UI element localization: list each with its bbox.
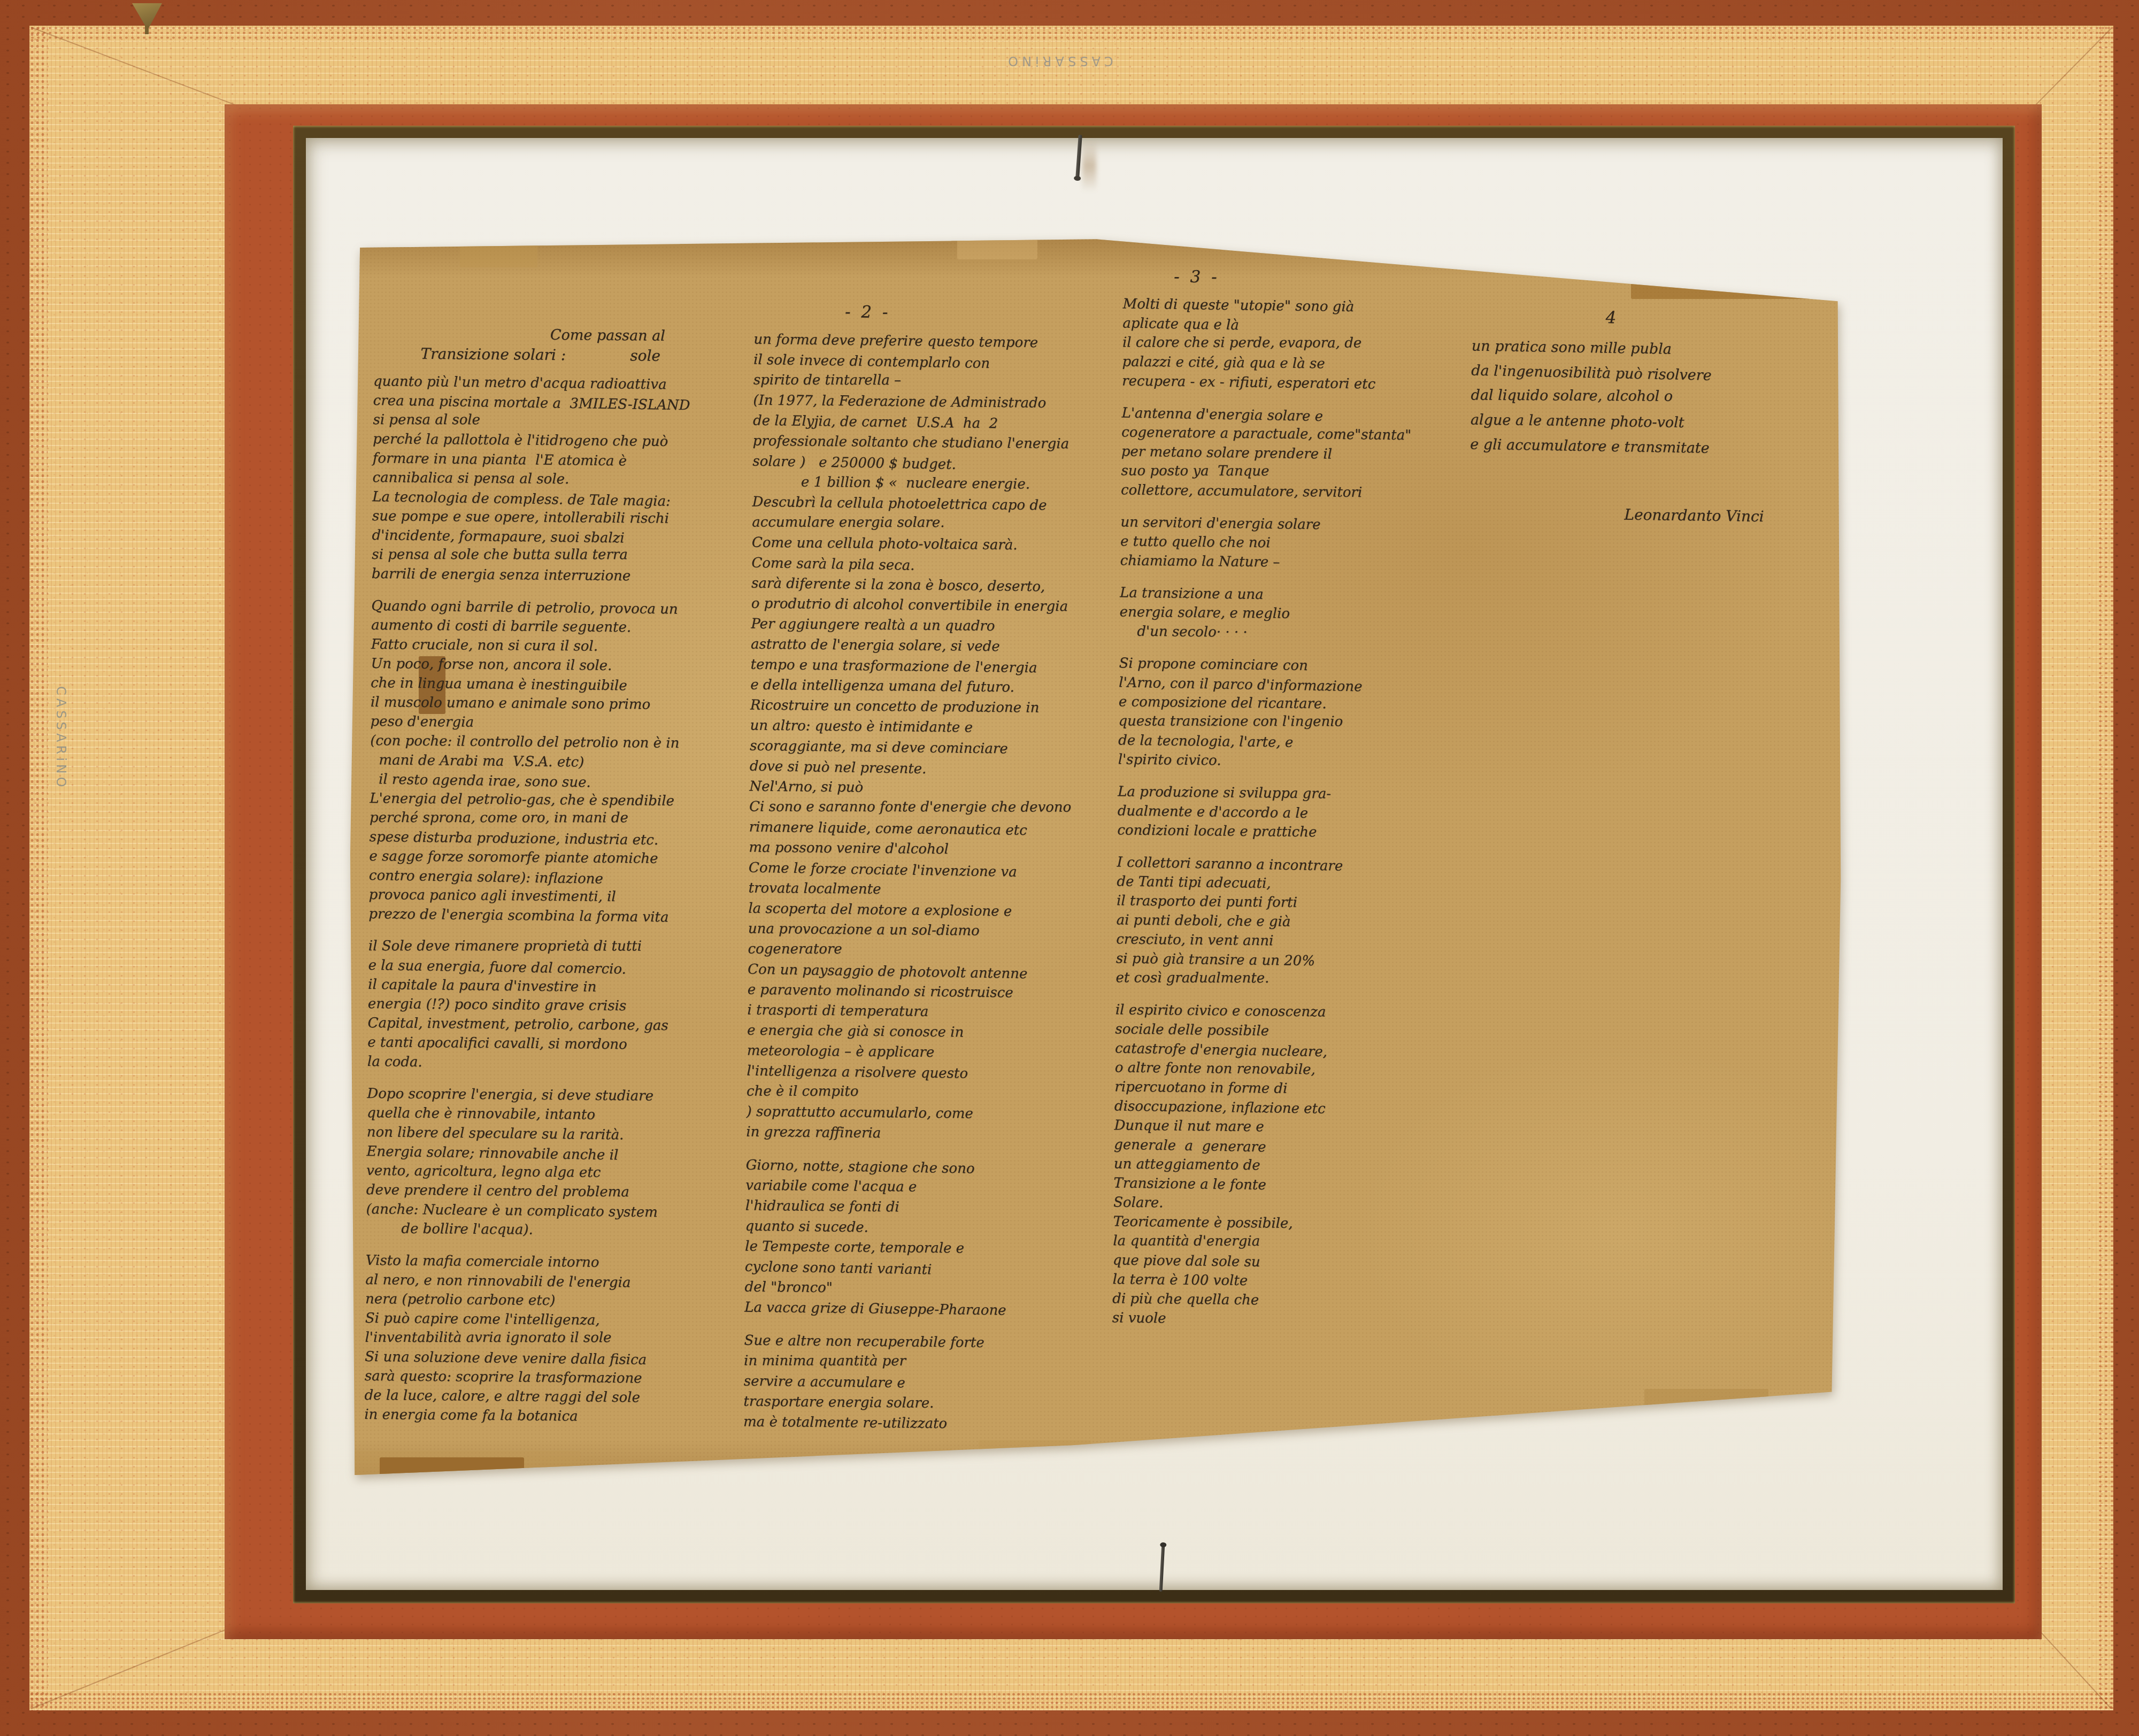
manuscript-line <box>1117 840 1491 854</box>
tape-top-right <box>1631 264 1841 299</box>
manuscript-line: et così gradualmente. <box>1115 968 1490 988</box>
manuscript-line: quella che è rinnovabile, intanto <box>367 1103 741 1126</box>
tape-bottom-right <box>1644 1389 1768 1422</box>
manuscript-line: si pensa al sole che butta sulla terra <box>372 545 746 565</box>
page-2-number: - 2 - <box>845 301 1139 325</box>
manuscript-line: Fatto cruciale, non si cura il sol. <box>371 635 745 657</box>
manuscript-line: il Sole deve rimanere proprietà di tutti <box>368 936 743 956</box>
manuscript-column-3: - 3 - Molti di queste "utopie" sono giàa… <box>1112 265 1498 1331</box>
column3-lines: Molti di queste "utopie" sono giàaplicat… <box>1112 294 1497 1331</box>
signature: Leonardanto Vinci <box>1624 504 1822 528</box>
manuscript-line: e tanti apocalifici cavalli, si mordono <box>367 1033 742 1055</box>
manuscript-line: cogeneratore <box>748 939 1133 960</box>
tape-bottom-middle <box>979 1440 1091 1465</box>
manuscript-line: che è il compito <box>747 1081 1132 1102</box>
manuscript-line: d'un secolo· · · · <box>1119 621 1494 644</box>
tape-top-middle <box>957 238 1037 259</box>
mat-smudge <box>1082 140 1096 191</box>
page-3-number: - 3 - <box>1174 266 1497 290</box>
manuscript-line <box>367 1071 742 1085</box>
manuscript-line: perché la pallottola è l'itidrogeno che … <box>373 429 747 452</box>
column1-title-sole: sole <box>630 347 660 364</box>
manuscript-line: de la luce, calore, e altre raggi del so… <box>364 1386 738 1408</box>
pencil-inscription-left: CASSARiNO <box>41 666 68 810</box>
manuscript-line: suo posto ya Tanque <box>1121 461 1495 481</box>
manuscript-line: l'hidraulica se fonti di <box>745 1196 1130 1220</box>
manuscript-line: Un poco, forse non, ancora il sole. <box>371 654 745 677</box>
frame-band-texture-left <box>29 26 48 1710</box>
framed-manuscript-photo: CASSARiNO CASSARiNO Come passan al Trans… <box>0 0 2139 1736</box>
manuscript-line: Capital, investment, petrolio, carbone, … <box>367 1013 742 1036</box>
column1-title: Transizione solari :sole <box>420 343 748 367</box>
manuscript-line: astratto de l'energia solare, si vede <box>751 634 1136 658</box>
manuscript-line: (In 1977, la Federazione de Administrado <box>753 390 1138 414</box>
manuscript-line: l'inventabilità avria ignorato il sole <box>365 1328 739 1348</box>
manuscript-line: meteorologia – è applicare <box>747 1041 1132 1065</box>
manuscript-column-4: 4 un pratica sono mille publada l'ingenu… <box>1469 305 1825 528</box>
frame-band-texture-right <box>2097 26 2113 1710</box>
brass-hanger-stem <box>145 26 149 34</box>
manuscript-line: accumulare energia solare. <box>752 512 1137 533</box>
manuscript-line: si vuole <box>1112 1308 1487 1331</box>
manuscript-line: di più che quella che <box>1112 1289 1487 1312</box>
manuscript-line: perché sprona, come oro, in mani de <box>370 808 744 828</box>
manuscript-line: il calore che si perde, evapora, de <box>1122 333 1497 353</box>
manuscript-line: peso d'energia <box>370 712 744 734</box>
frame-band-texture-top <box>29 26 2113 42</box>
manuscript-line: barrili de energia senza interruzione <box>372 564 746 587</box>
column1-title-label: Transizione solari : <box>420 345 566 364</box>
column1-lines: quanto più l'un metro d'acqua radioattiv… <box>364 372 748 1427</box>
manuscript-line: e gli accumulatore e transmitate <box>1470 432 1823 463</box>
manuscript-line: spirito de tintarella – <box>753 370 1138 391</box>
manuscript-line: Come una cellula photo-voltaica sarà. <box>752 533 1137 557</box>
tape-bottom-left <box>380 1457 524 1482</box>
manuscript-line: deve prendere il centro del problema <box>366 1180 741 1203</box>
manuscript-line: in minima quantità per <box>744 1351 1129 1372</box>
manuscript-line: Ci sono e saranno fonte d'energie che de… <box>749 797 1134 818</box>
manuscript-line: in grezza raffineria <box>746 1122 1131 1146</box>
column2-lines: un forma deve preferire questo temporeil… <box>743 329 1139 1436</box>
manuscript-line: la quantità d'energia <box>1113 1231 1487 1251</box>
frame-band-texture-bottom <box>29 1692 2113 1710</box>
column4-lines: un pratica sono mille publada l'ingenuos… <box>1470 334 1825 462</box>
pencil-inscription-top: CASSARiNO <box>987 47 1131 75</box>
manuscript-line: Dopo scoprire l'energia, si deve studiar… <box>367 1084 741 1107</box>
manuscript-column-2: - 2 - un forma deve preferire questo tem… <box>743 301 1139 1436</box>
manuscript-line: questa transizione con l'ingenio <box>1118 711 1492 732</box>
manuscript-line: (con poche: il controllo del petrolio no… <box>370 731 744 754</box>
manuscript-line: un altro: questo è intimidante e <box>750 716 1135 740</box>
column1-title-upper: Come passan al <box>550 326 748 346</box>
manuscript-line: chiamiamo la Nature – <box>1120 551 1494 574</box>
manuscript-line: collettore, accumulatore, servitori <box>1121 480 1495 503</box>
manuscript-line: si pensa al sole <box>373 410 747 430</box>
manuscript-column-1: Come passan al Transizione solari :sole … <box>364 325 748 1427</box>
manuscript-line: in energia come fa la botanica <box>364 1405 738 1427</box>
manuscript-line: ma è totalmente re-utilizzato <box>743 1411 1128 1435</box>
tape-top-left <box>460 241 537 267</box>
manuscript-line: dal liquido solare, alcohol o <box>1471 383 1823 410</box>
page-4-number: 4 <box>1605 307 1825 332</box>
manuscript-paper-surface: Come passan al Transizione solari :sole … <box>350 238 1842 1479</box>
manuscript-paper: Come passan al Transizione solari :sole … <box>350 238 1842 1479</box>
